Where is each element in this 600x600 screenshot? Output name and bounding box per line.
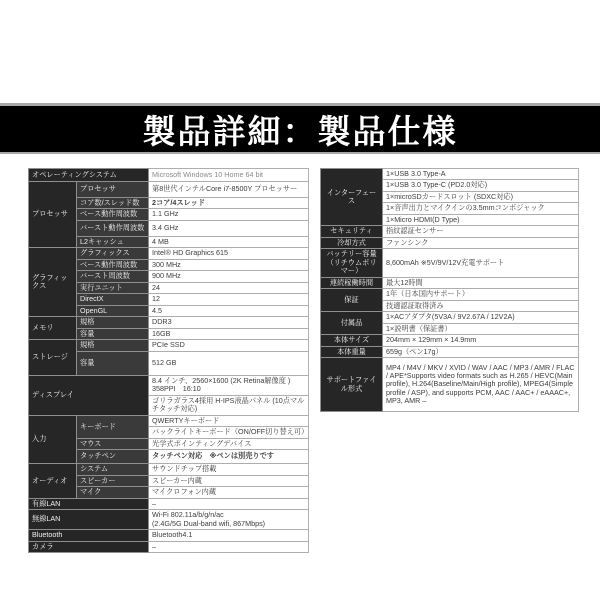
spec-row: サポートファイル形式MP4 / M4V / MKV / XVID / WAV /…	[321, 358, 579, 412]
spec-row: 本体重量659g（ペン17g）	[321, 346, 579, 357]
spec-row: 保証1年（日本国内サポート）	[321, 289, 579, 300]
spec-value-cell: サウンドチップ搭載	[149, 464, 309, 475]
spec-row: 入力キーボードQWERTYキーボード	[29, 415, 309, 426]
spec-value-cell: 4.5	[149, 305, 309, 316]
spec-row: オペレーティングシステムMicrosoft Windows 10 Home 64…	[29, 169, 309, 182]
spec-category-cell: 冷却方式	[321, 237, 383, 248]
spec-category-cell: バッテリー容量（リチウムポリマー）	[321, 249, 383, 277]
spec-category-cell: 入力	[29, 415, 77, 463]
spec-value-cell: Microsoft Windows 10 Home 64 bit	[149, 169, 309, 182]
spec-value-cell: 第8世代インテルCore i7-8500Y プロセッサー	[149, 182, 309, 198]
spec-row: カメラ–	[29, 541, 309, 552]
spec-subcategory-cell: OpenGL	[77, 305, 149, 316]
spec-category-cell: サポートファイル形式	[321, 358, 383, 412]
spec-value-cell: バックライトキーボード（ON/OFF切り替え可）	[149, 427, 309, 438]
spec-category-cell: 連続稼働時間	[321, 277, 383, 288]
spec-subcategory-cell: 規格	[77, 340, 149, 351]
spec-value-cell: Intel® HD Graphics 615	[149, 248, 309, 259]
spec-value-cell: –	[149, 498, 309, 509]
spec-value-cell: ゴリラガラス4採用 H-IPS液晶パネル (10点マルチタッチ対応)	[149, 395, 309, 415]
spec-category-cell: 本体サイズ	[321, 335, 383, 346]
spec-subcategory-cell: タッチペン	[77, 450, 149, 464]
spec-subcategory-cell: グラフィックス	[77, 248, 149, 259]
spec-value-cell: 技適認証取得済み	[383, 300, 579, 311]
spec-value-cell: 900 MHz	[149, 271, 309, 282]
spec-row: BluetoothBluetooth4.1	[29, 530, 309, 541]
spec-subcategory-cell: 容量	[77, 351, 149, 375]
spec-category-cell: ストレージ	[29, 340, 77, 375]
spec-subcategory-cell: 実行ユニット	[77, 282, 149, 293]
spec-value-cell: PCIe SSD	[149, 340, 309, 351]
spec-category-cell: グラフィックス	[29, 248, 77, 317]
spec-row: オーディオシステムサウンドチップ搭載	[29, 464, 309, 475]
spec-value-cell: 512 GB	[149, 351, 309, 375]
spec-subcategory-cell: コア数/スレッド数	[77, 198, 149, 209]
spec-subcategory-cell: スピーカー	[77, 475, 149, 486]
spec-row: メモリ規格DDR3	[29, 317, 309, 328]
spec-category-cell: ディスプレイ	[29, 375, 149, 415]
spec-category-cell: インターフェース	[321, 169, 383, 226]
spec-value-cell: 16GB	[149, 328, 309, 339]
spec-value-cell: タッチペン対応 ※ペンは別売りです	[149, 450, 309, 464]
spec-subcategory-cell: マイク	[77, 487, 149, 498]
spec-value-cell: ファンシンク	[383, 237, 579, 248]
spec-subcategory-cell: ベース動作周波数	[77, 209, 149, 220]
spec-category-cell: オーディオ	[29, 464, 77, 498]
spec-category-cell: オペレーティングシステム	[29, 169, 149, 182]
spec-subcategory-cell: プロセッサ	[77, 182, 149, 198]
spec-row: 付属品1×ACアダプタ(5V3A / 9V2.67A / 12V2A)	[321, 312, 579, 323]
spec-value-cell: 3.4 GHz	[149, 220, 309, 236]
spec-subcategory-cell: バースト周波数	[77, 271, 149, 282]
spec-table: オペレーティングシステムMicrosoft Windows 10 Home 64…	[28, 168, 309, 553]
spec-value-cell: 12	[149, 294, 309, 305]
spec-value-cell: 1×USB 3.0 Type-A	[383, 169, 579, 180]
spec-category-cell: 付属品	[321, 312, 383, 335]
spec-value-cell: MP4 / M4V / MKV / XVID / WAV / AAC / MP3…	[383, 358, 579, 412]
product-spec-page: 製品詳細：製品仕様 オペレーティングシステムMicrosoft Windows …	[0, 0, 600, 600]
spec-row: ストレージ規格PCIe SSD	[29, 340, 309, 351]
spec-subcategory-cell: 規格	[77, 317, 149, 328]
spec-value-cell: 1×ACアダプタ(5V3A / 9V2.67A / 12V2A)	[383, 312, 579, 323]
spec-subcategory-cell: DirectX	[77, 294, 149, 305]
spec-value-cell: 300 MHz	[149, 259, 309, 270]
spec-value-cell: 1×USB 3.0 Type-C (PD2.0対応)	[383, 180, 579, 191]
section-banner: 製品詳細：製品仕様	[0, 103, 600, 154]
spec-category-cell: カメラ	[29, 541, 149, 552]
spec-value-cell: QWERTYキーボード	[149, 415, 309, 426]
spec-category-cell: 保証	[321, 289, 383, 312]
spec-row: 無線LANWi-Fi 802.11a/b/g/n/ac (2.4G/5G Dua…	[29, 510, 309, 530]
spec-subcategory-cell: システム	[77, 464, 149, 475]
spec-value-cell: マイクロフォン内蔵	[149, 487, 309, 498]
spec-subcategory-cell: キーボード	[77, 415, 149, 438]
spec-row: ディスプレイ8.4 インチ、2560×1600 (2K Retina解像度 ) …	[29, 375, 309, 395]
spec-value-cell: 1×説明書（保証書）	[383, 323, 579, 334]
spec-value-cell: 1×microSDカードスロット (SDXC対応)	[383, 191, 579, 202]
spec-value-cell: 1年（日本国内サポート）	[383, 289, 579, 300]
spec-row: バッテリー容量（リチウムポリマー）8,600mAh ※5V/9V/12V充電サポ…	[321, 249, 579, 277]
spec-value-cell: DDR3	[149, 317, 309, 328]
spec-table: インターフェース1×USB 3.0 Type-A1×USB 3.0 Type-C…	[320, 168, 579, 412]
spec-value-cell: スピーカー内蔵	[149, 475, 309, 486]
spec-value-cell: 1×Micro HDMI(D Type)	[383, 214, 579, 225]
spec-category-cell: プロセッサ	[29, 182, 77, 248]
spec-subcategory-cell: ベース動作周波数	[77, 259, 149, 270]
spec-row: 本体サイズ204mm × 129mm × 14.9mm	[321, 335, 579, 346]
spec-row: 有線LAN–	[29, 498, 309, 509]
spec-value-cell: 光学式ポインティングデバイス	[149, 438, 309, 449]
spec-value-cell: 24	[149, 282, 309, 293]
section-banner-title: 製品詳細：製品仕様	[143, 106, 458, 153]
spec-value-cell: Bluetooth4.1	[149, 530, 309, 541]
spec-value-cell: Wi-Fi 802.11a/b/g/n/ac (2.4G/5G Dual-ban…	[149, 510, 309, 530]
spec-row: インターフェース1×USB 3.0 Type-A	[321, 169, 579, 180]
spec-value-cell: 204mm × 129mm × 14.9mm	[383, 335, 579, 346]
spec-row: プロセッサプロセッサ第8世代インテルCore i7-8500Y プロセッサー	[29, 182, 309, 198]
spec-category-cell: Bluetooth	[29, 530, 149, 541]
spec-subcategory-cell: マウス	[77, 438, 149, 449]
spec-value-cell: 4 MB	[149, 236, 309, 247]
spec-subcategory-cell: L2キャッシュ	[77, 236, 149, 247]
spec-category-cell: セキュリティ	[321, 226, 383, 237]
spec-row: セキュリティ指紋認証センサー	[321, 226, 579, 237]
spec-value-cell: 2コア/4スレッド	[149, 198, 309, 209]
spec-value-cell: 最大12時間	[383, 277, 579, 288]
spec-value-cell: 659g（ペン17g）	[383, 346, 579, 357]
spec-row: 冷却方式ファンシンク	[321, 237, 579, 248]
spec-table-right: インターフェース1×USB 3.0 Type-A1×USB 3.0 Type-C…	[320, 168, 578, 412]
spec-value-cell: 8,600mAh ※5V/9V/12V充電サポート	[383, 249, 579, 277]
spec-subcategory-cell: 容量	[77, 328, 149, 339]
spec-category-cell: 本体重量	[321, 346, 383, 357]
spec-category-cell: 無線LAN	[29, 510, 149, 530]
spec-subcategory-cell: バースト動作周波数	[77, 220, 149, 236]
spec-value-cell: 8.4 インチ、2560×1600 (2K Retina解像度 ) 358PPI…	[149, 375, 309, 395]
spec-value-cell: 1×音声出力とマイクインの3.5mmコンボジャック	[383, 203, 579, 214]
spec-category-cell: メモリ	[29, 317, 77, 340]
spec-row: 連続稼働時間最大12時間	[321, 277, 579, 288]
spec-category-cell: 有線LAN	[29, 498, 149, 509]
spec-table-left: オペレーティングシステムMicrosoft Windows 10 Home 64…	[28, 168, 308, 553]
spec-row: グラフィックスグラフィックスIntel® HD Graphics 615	[29, 248, 309, 259]
spec-value-cell: 指紋認証センサー	[383, 226, 579, 237]
spec-value-cell: 1.1 GHz	[149, 209, 309, 220]
spec-value-cell: –	[149, 541, 309, 552]
